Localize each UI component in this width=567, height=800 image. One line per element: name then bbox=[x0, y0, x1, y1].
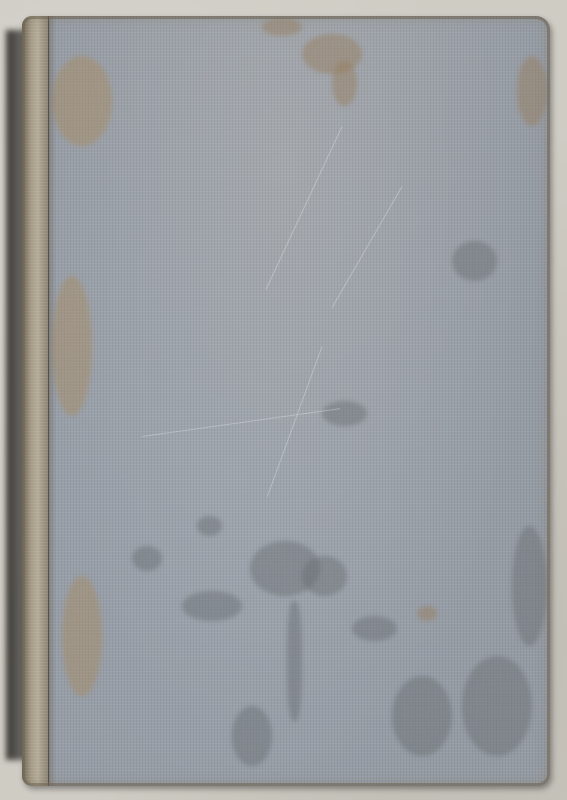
stain bbox=[62, 576, 102, 696]
stain bbox=[197, 516, 222, 536]
stain bbox=[332, 61, 357, 106]
stain bbox=[52, 56, 112, 146]
stain bbox=[352, 616, 397, 641]
stain bbox=[322, 401, 367, 426]
stain bbox=[517, 56, 547, 126]
stain bbox=[262, 18, 302, 36]
stain bbox=[302, 556, 347, 596]
stain bbox=[392, 676, 452, 756]
spine-hinge bbox=[48, 16, 56, 786]
stain bbox=[132, 546, 162, 571]
stain bbox=[452, 241, 497, 281]
stain bbox=[512, 526, 547, 646]
stain bbox=[52, 276, 92, 416]
book-spine bbox=[22, 16, 49, 786]
book-cover bbox=[22, 16, 550, 786]
stain bbox=[417, 606, 437, 621]
stain bbox=[232, 706, 272, 766]
stain bbox=[182, 591, 242, 621]
stain bbox=[287, 601, 302, 721]
stain bbox=[462, 656, 532, 756]
